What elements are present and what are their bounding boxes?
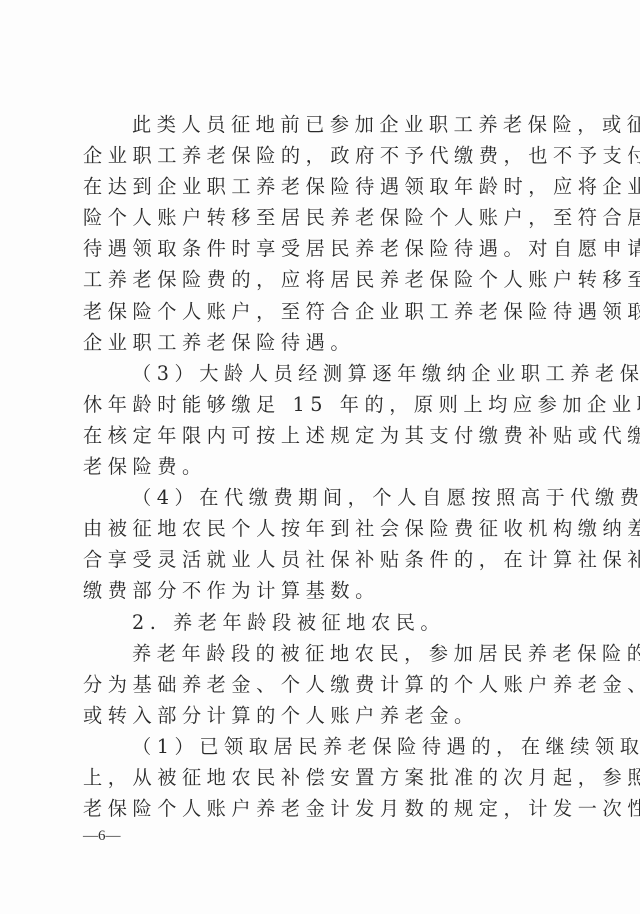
text-line: 老保险费。 [83, 451, 557, 482]
text-line: 企业职工养老保险的，政府不予代缴费，也不予支付缴费补贴。 [83, 140, 557, 171]
text-line: 企业职工养老保险待遇。 [83, 327, 557, 358]
text-line: 老保险个人账户，至符合企业职工养老保险待遇领取条件时享受 [83, 296, 557, 327]
text-line: 分为基础养老金、个人缴费计算的个人账户养老金、一次性划入 [83, 669, 557, 700]
document-body: 此类人员征地前已参加企业职工养老保险，或征地后新参加 企业职工养老保险的，政府不… [83, 109, 557, 824]
text-line: （1）已领取居民养老保险待遇的，在继续领取原待遇的基础 [83, 731, 557, 762]
text-line: 在达到企业职工养老保险待遇领取年龄时，应将企业职工养老保 [83, 171, 557, 202]
text-line: 合享受灵活就业人员社保补贴条件的，在计算社保补贴额时，代 [83, 544, 557, 575]
text-line: 缴费部分不作为计算基数。 [83, 575, 557, 606]
text-line: 待遇领取条件时享受居民养老保险待遇。对自愿申请续缴企业职 [83, 233, 557, 264]
text-line: （4）在代缴费期间，个人自愿按照高于代缴费基数缴费的， [83, 482, 557, 513]
text-line: 养老年龄段的被征地农民，参加居民养老保险的养老金应划 [83, 638, 557, 669]
text-line: 工养老保险费的，应将居民养老保险个人账户转移至企业职工养 [83, 264, 557, 295]
section-heading: 2. 养老年龄段被征地农民。 [83, 607, 557, 638]
text-line: 由被征地农民个人按年到社会保险费征收机构缴纳差额部分。符 [83, 513, 557, 544]
text-line: 上，从被征地农民补偿安置方案批准的次月起，参照企业职工养 [83, 762, 557, 793]
page-number: —6— [83, 828, 121, 845]
text-line: 休年龄时能够缴足 15 年的，原则上均应参加企业职工养老保险， [83, 389, 557, 420]
document-page: 此类人员征地前已参加企业职工养老保险，或征地后新参加 企业职工养老保险的，政府不… [0, 0, 640, 914]
text-line: （3）大龄人员经测算逐年缴纳企业职工养老保险费至法定退 [83, 358, 557, 389]
text-line: 老保险个人账户养老金计发月数的规定，计发一次性划入部分的 [83, 793, 557, 824]
text-line: 在核定年限内可按上述规定为其支付缴费补贴或代缴企业职工养 [83, 420, 557, 451]
text-line: 或转入部分计算的个人账户养老金。 [83, 700, 557, 731]
text-line: 险个人账户转移至居民养老保险个人账户，至符合居民养老保险 [83, 202, 557, 233]
text-line: 此类人员征地前已参加企业职工养老保险，或征地后新参加 [83, 109, 557, 140]
